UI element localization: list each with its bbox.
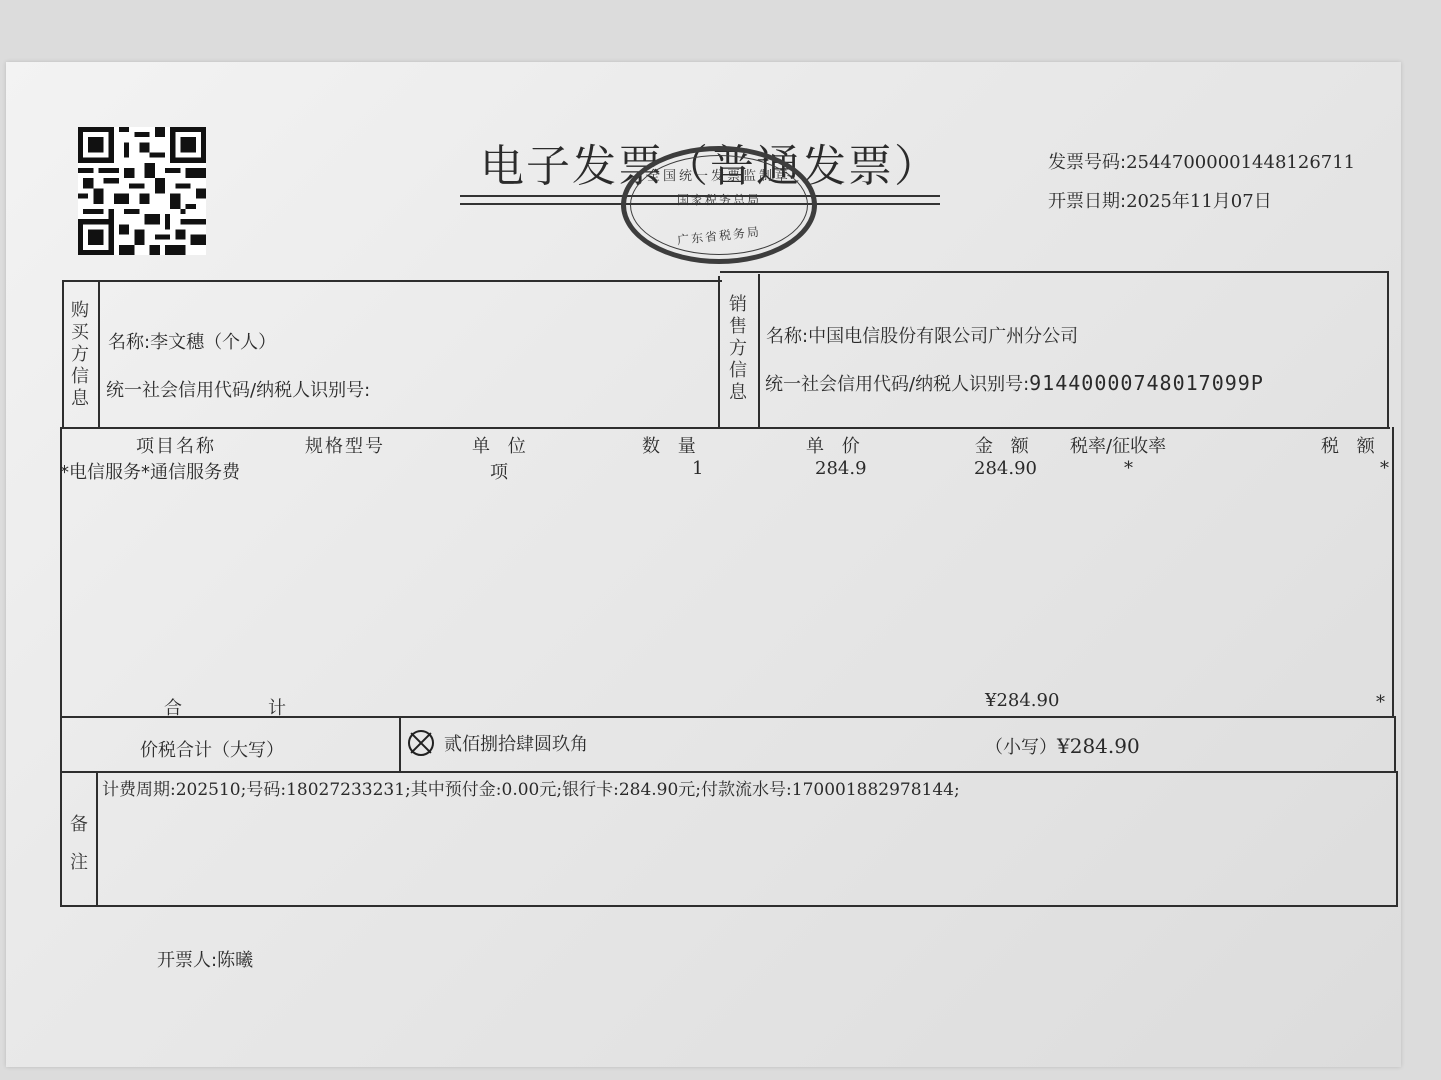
stamp-middle-text: 国家税务总局 <box>626 191 812 208</box>
seller-section-label: 销 售 方 信 息 <box>726 294 750 404</box>
table-border-left <box>62 280 64 428</box>
qr-code <box>78 127 206 255</box>
item-name: *电信服务*通信服务费 <box>60 458 240 484</box>
column-header-tax: 税 额 <box>1321 432 1381 458</box>
table-border-top <box>62 280 722 282</box>
buyer-name-label: 名称: <box>108 332 150 353</box>
buyer-tax-id: 统一社会信用代码/纳税人识别号: <box>106 376 370 402</box>
table-border-right <box>1392 427 1394 717</box>
invoice-date: 开票日期:2025年11月07日 <box>1048 187 1272 213</box>
column-header-unit-price: 单 价 <box>806 432 866 458</box>
seller-label-char: 销 <box>726 294 750 316</box>
seller-tax-id: 统一社会信用代码/纳税人识别号:91440000748017099P <box>765 370 1264 396</box>
table-border-right <box>1387 271 1389 429</box>
column-header-item-name: 项目名称 <box>136 432 216 458</box>
remarks-text: 计费周期:202510;号码:18027233231;其中预付金:0.00元;银… <box>102 775 960 800</box>
seller-label-char: 方 <box>726 338 750 360</box>
column-divider <box>98 280 100 428</box>
buyer-name: 名称:李文穗（个人） <box>108 328 276 354</box>
issuer: 开票人:陈曦 <box>157 946 253 972</box>
seller-label-char: 信 <box>726 360 750 382</box>
issuer-label: 开票人: <box>157 950 217 971</box>
table-border-right <box>1394 716 1396 772</box>
buyer-name-value: 李文穗（个人） <box>150 332 276 353</box>
column-divider <box>96 771 98 906</box>
table-border-right <box>1396 771 1398 907</box>
issuer-name: 陈曦 <box>217 950 253 971</box>
item-unit: 项 <box>490 458 508 484</box>
item-tax-rate: * <box>1124 458 1133 479</box>
seller-tax-id-value: 91440000748017099P <box>1029 371 1264 395</box>
column-divider <box>758 274 760 428</box>
item-unit-price: 284.9 <box>815 458 867 479</box>
stamp-top-text: 全国统一发票监制章 <box>626 165 812 184</box>
total-label-1: 合 <box>164 694 182 720</box>
table-divider <box>62 427 1390 429</box>
seller-label-char: 息 <box>726 382 750 404</box>
invoice-number-label: 发票号码: <box>1048 152 1126 173</box>
table-divider <box>60 771 1396 773</box>
invoice-number: 发票号码:25447000001448126711 <box>1048 148 1355 174</box>
grand-total-figure: （小写）¥284.90 <box>985 733 1140 759</box>
seller-name: 名称:中国电信股份有限公司广州分公司 <box>766 322 1078 348</box>
remarks-label-char: 备 <box>66 806 92 844</box>
column-header-tax-rate: 税率/征收率 <box>1070 432 1166 458</box>
seller-label-char: 售 <box>726 316 750 338</box>
buyer-label-char: 息 <box>68 388 92 410</box>
column-header-amount: 金 额 <box>975 432 1035 458</box>
column-header-unit: 单 位 <box>472 432 532 458</box>
total-label-2: 计 <box>268 694 286 720</box>
buyer-label-char: 方 <box>68 344 92 366</box>
item-amount: 284.90 <box>974 458 1037 479</box>
circled-x-icon <box>408 730 434 756</box>
grand-total-small-label: （小写） <box>985 737 1057 758</box>
invoice-date-label: 开票日期: <box>1048 191 1126 212</box>
buyer-label-char: 买 <box>68 322 92 344</box>
column-header-spec: 规格型号 <box>305 432 385 458</box>
buyer-label-char: 购 <box>68 300 92 322</box>
buyer-tax-id-label: 统一社会信用代码/纳税人识别号: <box>106 380 370 401</box>
column-header-quantity: 数 量 <box>642 432 702 458</box>
buyer-label-char: 信 <box>68 366 92 388</box>
buyer-section-label: 购 买 方 信 息 <box>68 300 92 410</box>
official-seal-stamp: 全国统一发票监制章 国家税务总局 广东省税务局 <box>621 146 817 264</box>
grand-total-label: 价税合计（大写） <box>140 736 284 762</box>
invoice-number-value: 25447000001448126711 <box>1126 152 1355 173</box>
grand-total-words: 贰佰捌拾肆圆玖角 <box>444 730 588 756</box>
invoice-date-value: 2025年11月07日 <box>1126 191 1272 212</box>
remarks-label-char: 注 <box>66 844 92 882</box>
table-border-bottom <box>60 905 1398 907</box>
seller-name-value: 中国电信股份有限公司广州分公司 <box>808 326 1078 347</box>
grand-total-figure-value: ¥284.90 <box>1057 734 1140 758</box>
item-tax: * <box>1380 458 1389 479</box>
table-border-top <box>720 271 1388 273</box>
qr-code-icon <box>78 127 206 255</box>
table-divider <box>60 716 1396 718</box>
item-quantity: 1 <box>692 458 703 479</box>
seller-name-label: 名称: <box>766 326 808 347</box>
column-divider <box>718 276 720 428</box>
remarks-label: 备 注 <box>66 806 92 882</box>
seller-tax-id-label: 统一社会信用代码/纳税人识别号: <box>765 374 1029 395</box>
total-tax: * <box>1376 692 1385 713</box>
total-amount: ¥284.90 <box>985 690 1059 711</box>
table-border-left <box>60 427 62 907</box>
column-divider <box>399 716 401 772</box>
